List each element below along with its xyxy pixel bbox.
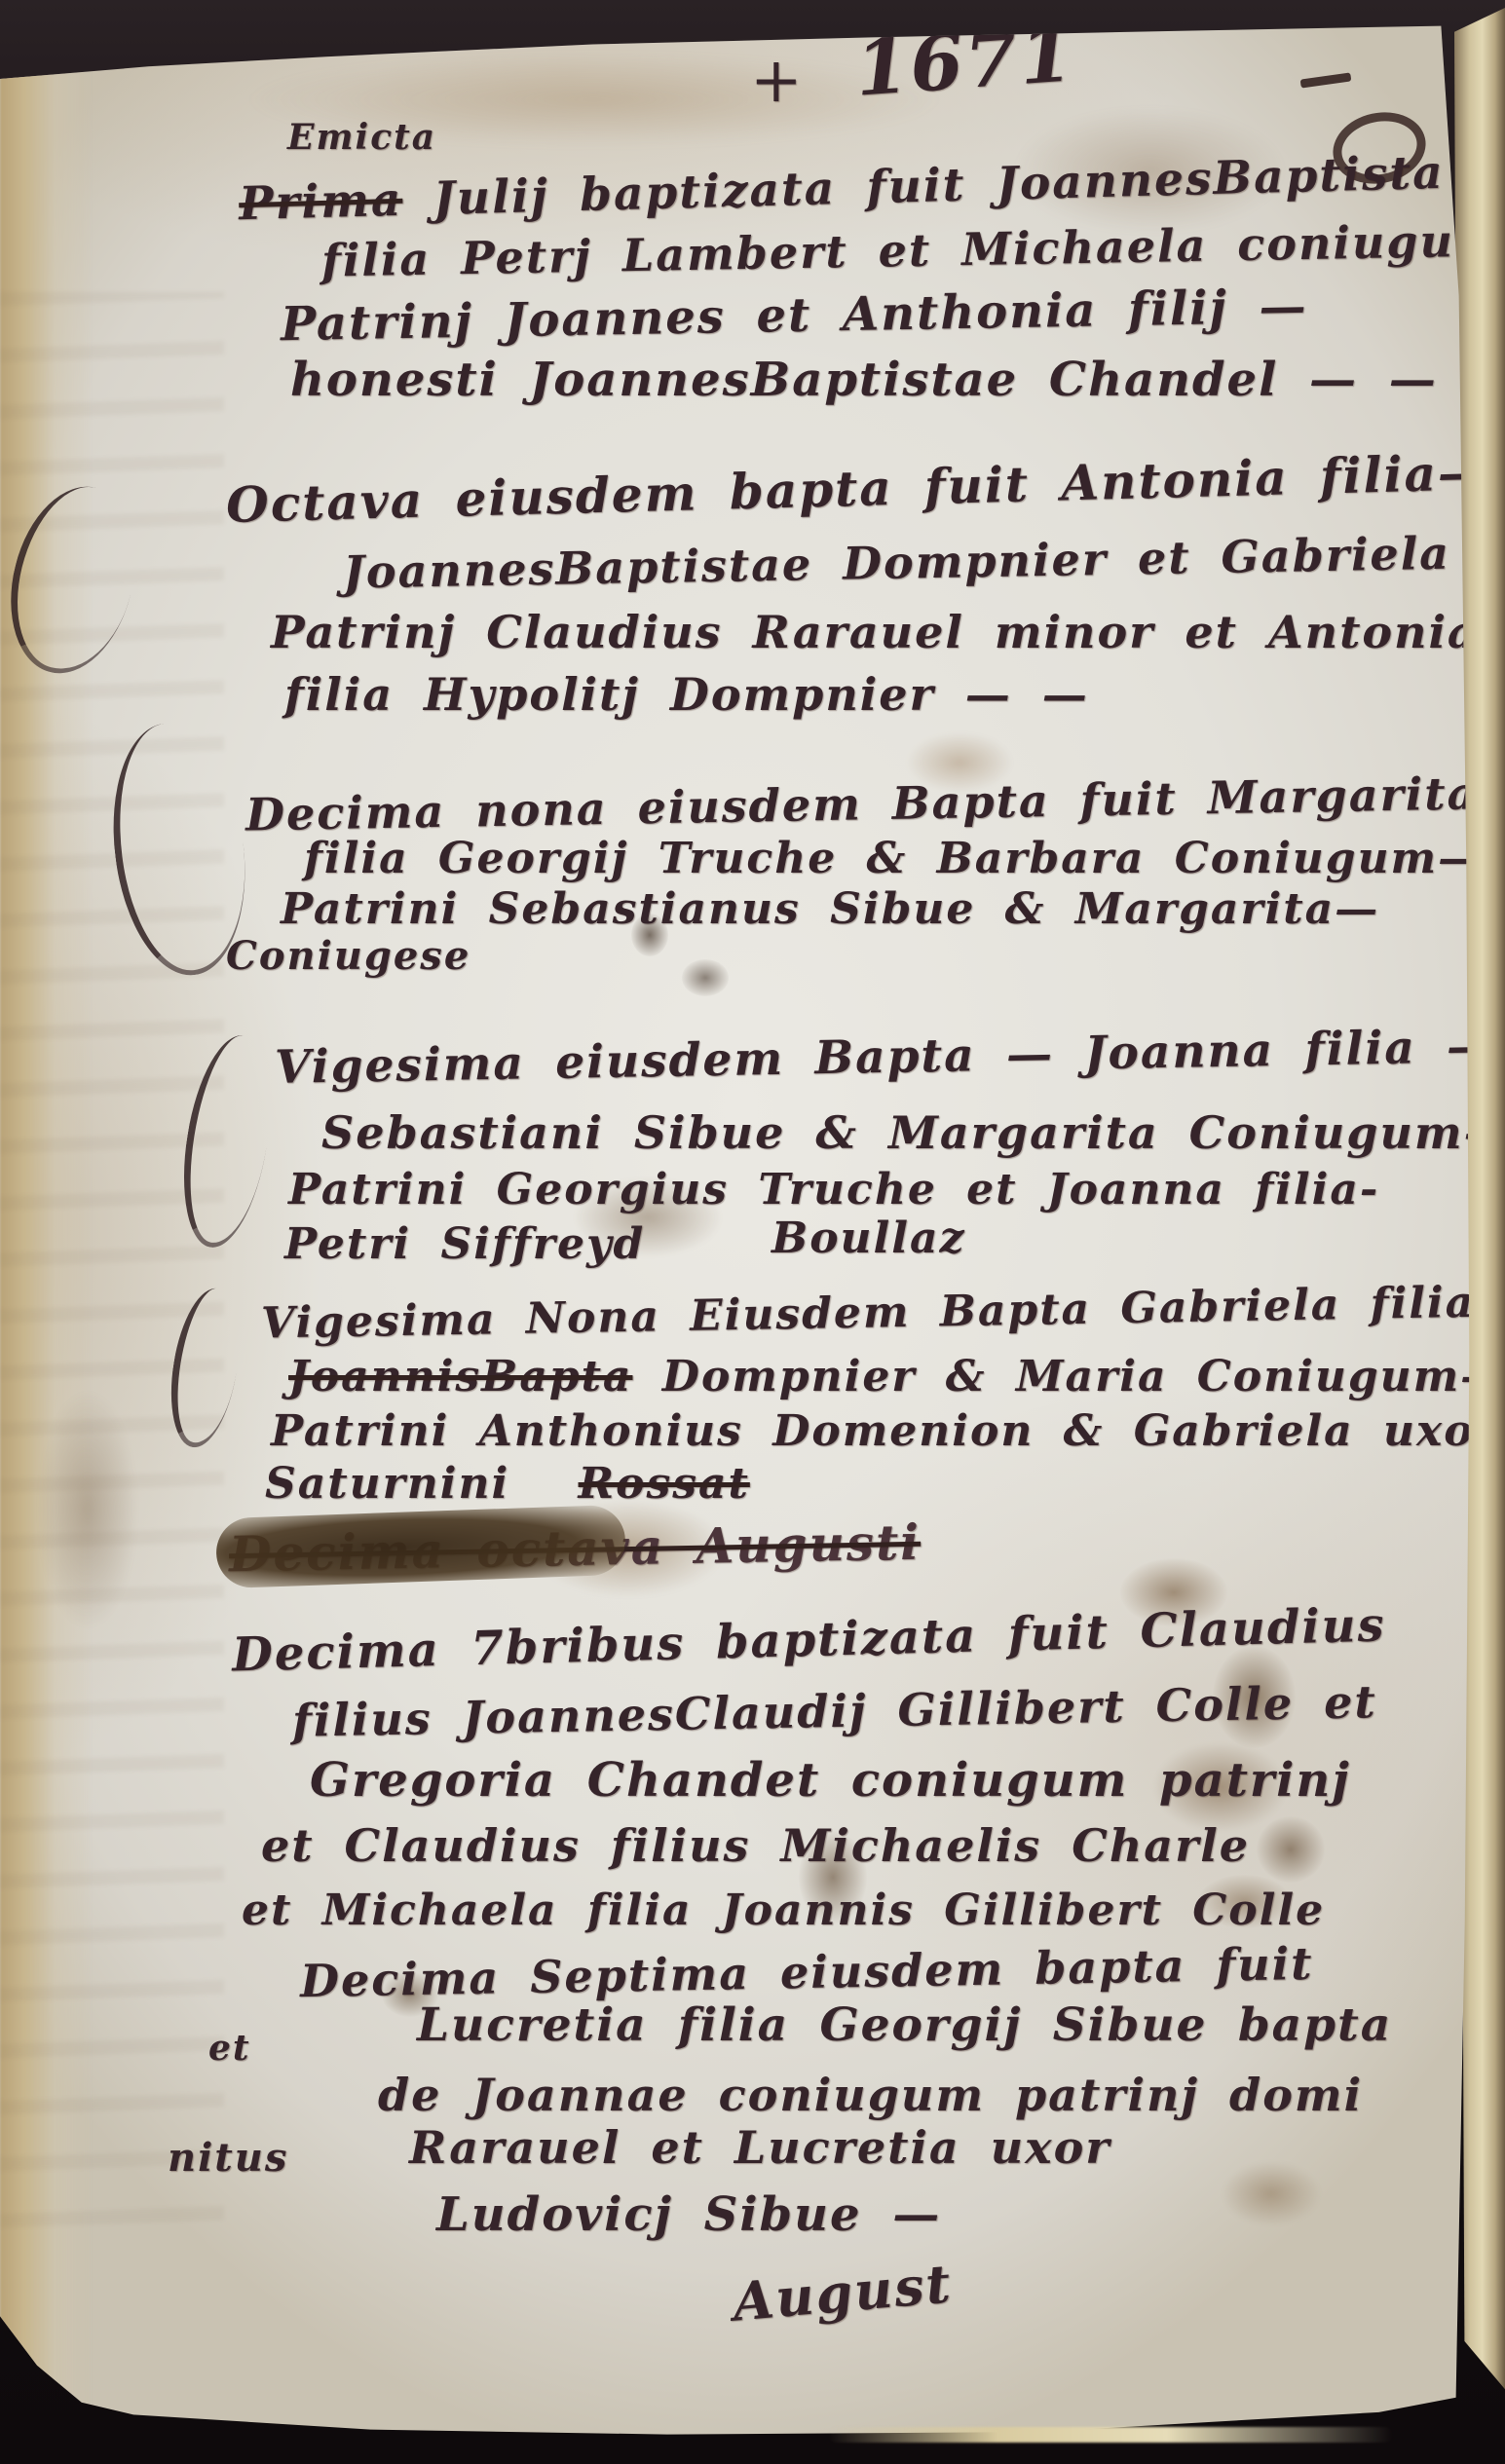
manuscript-line: JoannesBaptistae Dompnier et Gabriela co… [343, 521, 1505, 598]
ink-blot [215, 1505, 626, 1589]
manuscript-line: Patrini Anthonius Domenion & Gabriela ux… [271, 1406, 1499, 1456]
manuscript-line: filia Georgij Truche & Barbara Coniugum— [304, 834, 1483, 883]
manuscript-line: Gregoria Chandet coniugum patrinj [310, 1753, 1351, 1808]
manuscript-line: Boullaz [771, 1213, 965, 1263]
manuscript-line: Decima Septima eiusdem bapta fuit [300, 1937, 1314, 2007]
marginal-word: et [208, 2028, 251, 2069]
manuscript-line: honesti JoannesBaptistae Chandel — — [290, 353, 1438, 407]
struck-word: Prima [238, 173, 403, 231]
manuscript-line: Decima 7bribus baptizata fuit Claudius [231, 1598, 1386, 1683]
manuscript-line: Sebastiani Sibue & Margarita Coniugum— [321, 1106, 1505, 1159]
paper-stain [1257, 1816, 1325, 1883]
manuscript-line: Petri Siffreyd [284, 1219, 645, 1269]
marginal-word: Emicta [287, 117, 436, 158]
manuscript-line: Saturnini Rossat [265, 1459, 750, 1509]
manuscript-line: Rarauel et Lucretia uxor [409, 2121, 1111, 2174]
paper-stain [1223, 2162, 1320, 2225]
manuscript-line: Lucretia filia Georgij Sibue bapta [417, 1998, 1392, 2052]
header-cross-mark: + [750, 45, 805, 117]
manuscript-line: Patrinj Joannes et Anthonia filij — [281, 280, 1308, 352]
manuscript-line: Patrini Georgius Truche et Joanna filia- [288, 1165, 1379, 1214]
manuscript-scan: + 1671 Emicta Prima Julij baptizata fuit… [0, 0, 1505, 2464]
manuscript-line: Vigesima eiusdem Bapta — Joanna filia — [275, 1020, 1495, 1095]
struck-word: Rossat [579, 1459, 750, 1509]
struck-word: JoannisBapta [288, 1352, 632, 1401]
manuscript-page: + 1671 Emicta Prima Julij baptizata fuit… [0, 0, 1483, 2464]
manuscript-line: Coniugese [226, 933, 470, 979]
paper-stain [39, 1393, 136, 1626]
manuscript-line: Vigesima Nona Eiusdem Bapta Gabriela fil… [261, 1276, 1505, 1348]
manuscript-line: filius JoannesClaudij Gillibert Colle et [292, 1675, 1377, 1746]
manuscript-line: filia Petrj Lambert et Michaela coniugum [321, 213, 1504, 286]
footer-month: August [731, 2252, 955, 2333]
marginal-word: nitus [168, 2135, 288, 2181]
manuscript-line: de Joannae coniugum patrinj domi [378, 2069, 1363, 2121]
line-text: Dompnier & Maria Coniugum— [662, 1352, 1505, 1401]
manuscript-line: filia Hypolitj Dompnier — — [284, 668, 1089, 721]
page-year: 1671 [852, 10, 1077, 113]
manuscript-line: Patrinj Claudius Rarauel minor et Antoni… [271, 606, 1479, 658]
page-bottom-edge [828, 2427, 1393, 2443]
manuscript-line: JoannisBapta Dompnier & Maria Coniugum— [288, 1352, 1505, 1401]
manuscript-line: Decima nona eiusdem Bapta fuit Margarita… [245, 766, 1505, 841]
paper-stain [682, 959, 729, 996]
line-text: Saturnini [265, 1459, 509, 1509]
ink-dash [1300, 72, 1352, 88]
manuscript-line: et Michaela filia Joannis Gillibert Coll… [242, 1885, 1325, 1935]
manuscript-line: Patrini Sebastianus Sibue & Margarita— [281, 884, 1379, 934]
manuscript-line: Octava eiusdem bapta fuit Antonia filia— [225, 443, 1488, 534]
line-text: Julij baptizata fuit JoannesBaptista [433, 146, 1445, 226]
manuscript-line: et Claudius filius Michaelis Charle [261, 1819, 1250, 1872]
manuscript-line: Ludovicj Sibue — [436, 2187, 941, 2242]
